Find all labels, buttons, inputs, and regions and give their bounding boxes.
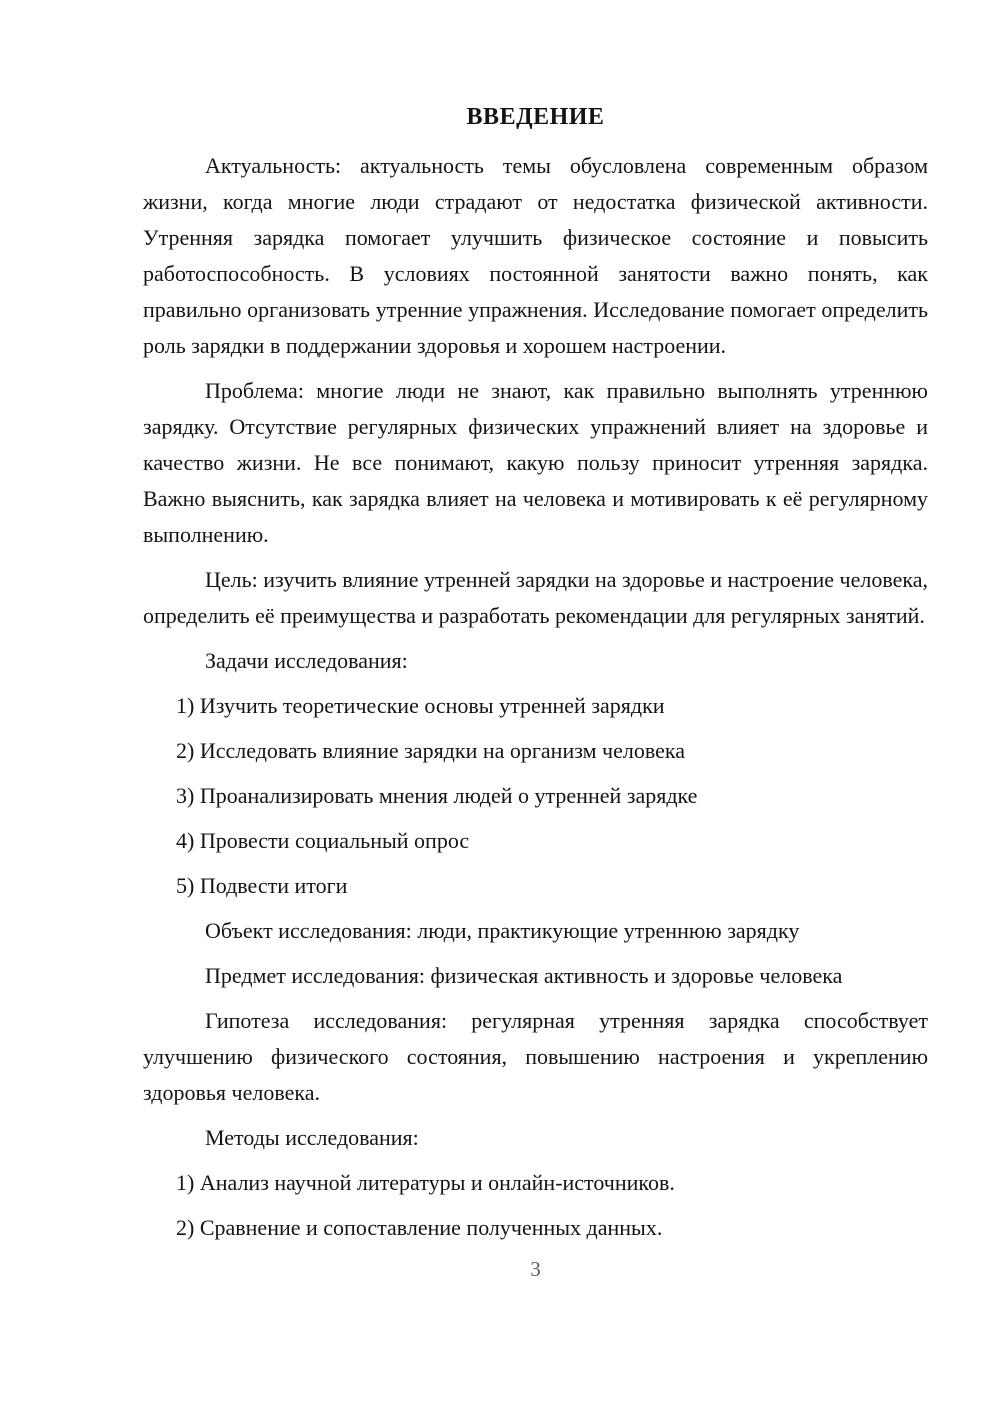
task-item-5: 5) Подвести итоги — [143, 868, 928, 904]
methods-heading: Методы исследования: — [143, 1120, 928, 1156]
task-item-1: 1) Изучить теоретические основы утренней… — [143, 688, 928, 724]
task-item-2: 2) Исследовать влияние зарядки на органи… — [143, 733, 928, 769]
document-page: ВВЕДЕНИЕ Актуальность: актуальность темы… — [0, 0, 1000, 1414]
paragraph-actuality: Актуальность: актуальность темы обусловл… — [143, 148, 928, 364]
paragraph-problem: Проблема: многие люди не знают, как прав… — [143, 373, 928, 553]
tasks-heading: Задачи исследования: — [143, 643, 928, 679]
task-item-3: 3) Проанализировать мнения людей о утрен… — [143, 778, 928, 814]
method-item-1: 1) Анализ научной литературы и онлайн-ис… — [143, 1165, 928, 1201]
task-item-4: 4) Провести социальный опрос — [143, 823, 928, 859]
paragraph-object: Объект исследования: люди, практикующие … — [143, 913, 928, 949]
page-title: ВВЕДЕНИЕ — [143, 99, 928, 136]
text-column: ВВЕДЕНИЕ Актуальность: актуальность темы… — [143, 99, 928, 1283]
paragraph-goal: Цель: изучить влияние утренней зарядки н… — [143, 562, 928, 634]
method-item-2: 2) Сравнение и сопоставление полученных … — [143, 1210, 928, 1246]
page-number: 3 — [143, 1255, 928, 1283]
paragraph-hypothesis: Гипотеза исследования: регулярная утренн… — [143, 1003, 928, 1111]
paragraph-subject: Предмет исследования: физическая активно… — [143, 958, 928, 994]
